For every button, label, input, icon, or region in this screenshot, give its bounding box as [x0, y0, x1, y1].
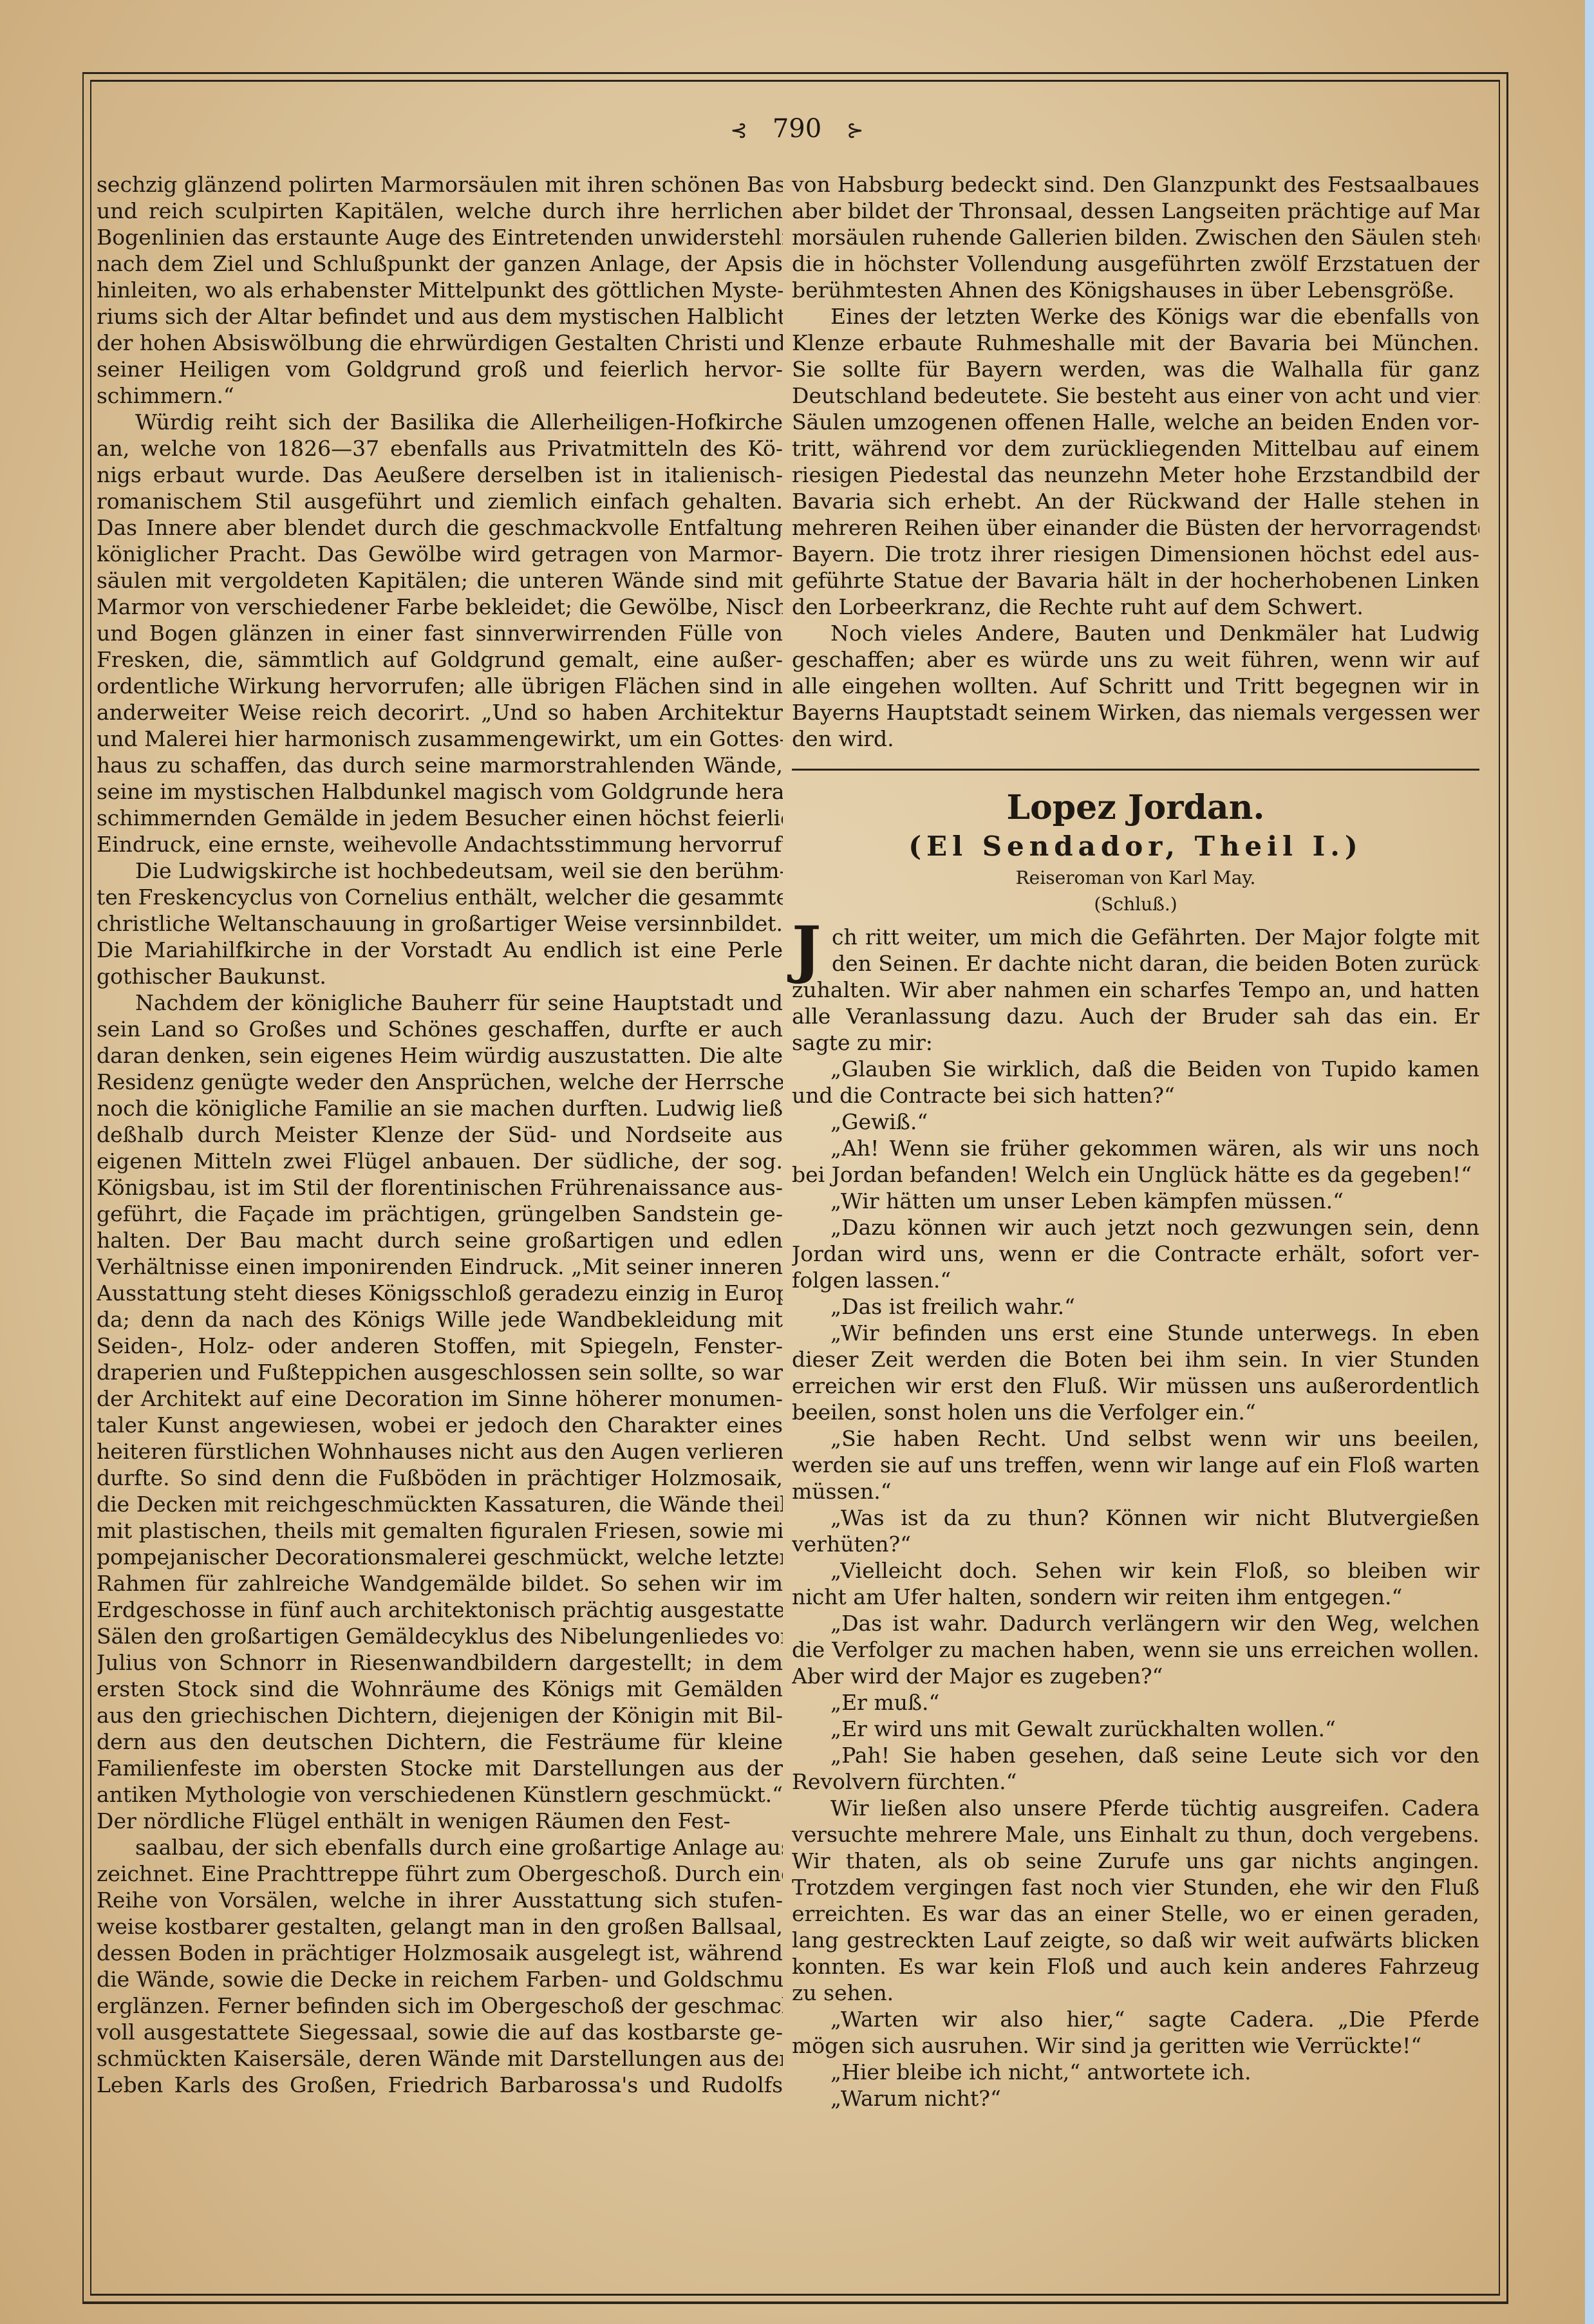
text-line: Eines der letzten Werke des Königs war d…	[792, 303, 1479, 330]
text-line: „Warum nicht?“	[792, 2085, 1479, 2112]
text-line: bei Jordan befanden! Welch ein Unglück h…	[792, 1161, 1479, 1188]
text-line: Die Ludwigskirche ist hochbedeutsam, wei…	[97, 857, 783, 884]
text-line: zeichnet. Eine Prachttreppe führt zum Ob…	[97, 1860, 783, 1887]
text-line: weise kostbarer gestalten, gelangt man i…	[97, 1913, 783, 1940]
text-line: Der nördliche Flügel enthält in wenigen …	[97, 1808, 783, 1834]
text-line: Nachdem der königliche Bauherr für seine…	[97, 989, 783, 1016]
story-title: Lopez Jordan.	[792, 787, 1479, 829]
story-continuation: (Schluß.)	[792, 892, 1479, 917]
text-line: erglänzen. Ferner befinden sich im Oberg…	[97, 1992, 783, 2019]
text-line: mehreren Reihen über einander die Büsten…	[792, 514, 1479, 541]
text-line: die Decken mit reichgeschmückten Kassatu…	[97, 1491, 783, 1517]
text-line: Bavaria sich erhebt. An der Rückwand der…	[792, 488, 1479, 514]
text-line: eigenen Mitteln zwei Flügel anbauen. Der…	[97, 1148, 783, 1174]
text-line: Bayerns Hauptstadt seinem Wirken, das ni…	[792, 699, 1479, 726]
text-line: „Das ist freilich wahr.“	[792, 1293, 1479, 1320]
text-line: dessen Boden in prächtiger Holzmosaik au…	[97, 1940, 783, 1966]
text-line: morsäulen ruhende Gallerien bilden. Zwis…	[792, 224, 1479, 250]
text-line: deßhalb durch Meister Klenze der Süd- un…	[97, 1121, 783, 1148]
text-line: taler Kunst angewiesen, wobei er jedoch …	[97, 1412, 783, 1438]
text-line: Verhältnisse einen imponirenden Eindruck…	[97, 1253, 783, 1280]
drop-cap: J	[792, 921, 821, 978]
text-line: erreichten. Es war das an einer Stelle, …	[792, 1900, 1479, 1927]
text-line: noch die königliche Familie an sie mache…	[97, 1095, 783, 1121]
text-line: „Hier bleibe ich nicht,“ antwortete ich.	[792, 2059, 1479, 2085]
text-line: Fresken, die, sämmtlich auf Goldgrund ge…	[97, 646, 783, 673]
text-line: schimmernden Gemälde in jedem Besucher e…	[97, 805, 783, 831]
text-line: Wir ließen also unsere Pferde tüchtig au…	[792, 1795, 1479, 1821]
text-line: mit plastischen, theils mit gemalten fig…	[97, 1517, 783, 1544]
text-line: Noch vieles Andere, Bauten und Denkmäler…	[792, 620, 1479, 646]
text-line: ordentliche Wirkung hervorrufen; alle üb…	[97, 673, 783, 699]
text-line: nigs erbaut wurde. Das Aeußere derselben…	[97, 462, 783, 488]
text-line: von Habsburg bedeckt sind. Den Glanzpunk…	[792, 171, 1479, 198]
text-line: Königsbau, ist im Stil der florentinisch…	[97, 1174, 783, 1201]
text-line: zuhalten. Wir aber nahmen ein scharfes T…	[792, 977, 1479, 1003]
text-line: hinleiten, wo als erhabenster Mittelpunk…	[97, 277, 783, 303]
text-line: ch ritt weiter, um mich die Gefährten. D…	[792, 924, 1479, 950]
right-column: von Habsburg bedeckt sind. Den Glanzpunk…	[792, 171, 1479, 2112]
text-line: Marmor von verschiedener Farbe bekleidet…	[97, 594, 783, 620]
text-line: Aber wird der Major es zugeben?“	[792, 1663, 1479, 1689]
text-line: zu sehen.	[792, 1980, 1479, 2006]
text-line: „Gewiß.“	[792, 1109, 1479, 1135]
text-line: aber bildet der Thronsaal, dessen Langse…	[792, 198, 1479, 224]
text-line: „Er muß.“	[792, 1689, 1479, 1716]
text-line: da; denn da nach des Königs Wille jede W…	[97, 1306, 783, 1333]
text-line: und die Contracte bei sich hatten?“	[792, 1082, 1479, 1109]
text-line: heiteren fürstlichen Wohnhauses nicht au…	[97, 1438, 783, 1465]
text-line: ersten Stock sind die Wohnräume des Köni…	[97, 1676, 783, 1702]
text-line: Würdig reiht sich der Basilika die Aller…	[97, 409, 783, 435]
text-line: romanischem Stil ausgeführt und ziemlich…	[97, 488, 783, 514]
text-line: folgen lassen.“	[792, 1267, 1479, 1293]
text-line: berühmtesten Ahnen des Königshauses in ü…	[792, 277, 1479, 303]
text-line: pompejanischer Decorationsmalerei geschm…	[97, 1544, 783, 1570]
text-line: den wird.	[792, 726, 1479, 752]
text-line: Leben Karls des Großen, Friedrich Barbar…	[97, 2072, 783, 2098]
text-line: versuchte mehrere Male, uns Einhalt zu t…	[792, 1821, 1479, 1848]
story-body: zuhalten. Wir aber nahmen ein scharfes T…	[792, 977, 1479, 2112]
text-line: die Verfolger zu machen haben, wenn sie …	[792, 1636, 1479, 1663]
text-line: dieser Zeit werden die Boten bei ihm sei…	[792, 1346, 1479, 1373]
text-line: sein Land so Großes und Schönes geschaff…	[97, 1016, 783, 1042]
text-line: sagte zu mir:	[792, 1029, 1479, 1056]
text-line: werden sie auf uns treffen, wenn wir lan…	[792, 1452, 1479, 1478]
right-column-article-end: von Habsburg bedeckt sind. Den Glanzpunk…	[792, 171, 1479, 752]
text-line: Familienfeste im obersten Stocke mit Dar…	[97, 1755, 783, 1781]
text-line: „Dazu können wir auch jetzt noch gezwung…	[792, 1214, 1479, 1241]
text-line: müssen.“	[792, 1478, 1479, 1504]
text-line: geschaffen; aber es würde uns zu weit fü…	[792, 646, 1479, 673]
text-line: königlicher Pracht. Das Gewölbe wird get…	[97, 541, 783, 567]
text-line: Sie sollte für Bayern werden, was die Wa…	[792, 356, 1479, 382]
text-line: riesigen Piedestal das neunzehn Meter ho…	[792, 462, 1479, 488]
text-line: den Lorbeerkranz, die Rechte ruht auf de…	[792, 594, 1479, 620]
text-line: haus zu schaffen, das durch seine marmor…	[97, 752, 783, 778]
text-line: Die Mariahilfkirche in der Vorstadt Au e…	[97, 937, 783, 963]
text-line: Deutschland bedeutete. Sie besteht aus e…	[792, 382, 1479, 409]
story-subtitle: (El Sendador, Theil I.)	[792, 829, 1479, 865]
text-line: „Wir befinden uns erst eine Stunde unter…	[792, 1320, 1479, 1346]
text-line: gothischer Baukunst.	[97, 963, 783, 989]
text-line: Trotzdem vergingen fast noch vier Stunde…	[792, 1874, 1479, 1900]
text-line: die Wände, sowie die Decke in reichem Fa…	[97, 1966, 783, 1992]
text-line: seine im mystischen Halbdunkel magisch v…	[97, 778, 783, 805]
text-line: antiken Mythologie von verschiedenen Kün…	[97, 1781, 783, 1808]
text-line: draperien und Fußteppichen ausgeschlosse…	[97, 1359, 783, 1385]
text-line: riums sich der Altar befindet und aus de…	[97, 303, 783, 330]
text-line: Jordan wird uns, wenn er die Contracte e…	[792, 1241, 1479, 1267]
text-line: lang gestreckten Lauf zeigte, so daß wir…	[792, 1927, 1479, 1953]
text-line: Das Innere aber blendet durch die geschm…	[97, 514, 783, 541]
text-line: voll ausgestattete Siegessaal, sowie die…	[97, 2019, 783, 2045]
text-line: beeilen, sonst holen uns die Verfolger e…	[792, 1399, 1479, 1425]
text-line: säulen mit vergoldeten Kapitälen; die un…	[97, 567, 783, 594]
page-header: ⊰ 790 ⊱	[0, 115, 1594, 144]
text-line: alle eingehen wollten. Auf Schritt und T…	[792, 673, 1479, 699]
text-line: schmückten Kaisersäle, deren Wände mit D…	[97, 2045, 783, 2072]
text-line: Bogenlinien das erstaunte Auge des Eintr…	[97, 224, 783, 250]
story-opening: J ch ritt weiter, um mich die Gefährten.…	[792, 924, 1479, 977]
text-line: saalbau, der sich ebenfalls durch eine g…	[97, 1834, 783, 1860]
text-line: „Was ist da zu thun? Können wir nicht Bl…	[792, 1504, 1479, 1531]
text-line: „Er wird uns mit Gewalt zurückhalten wol…	[792, 1716, 1479, 1742]
text-line: an, welche von 1826—37 ebenfalls aus Pri…	[97, 435, 783, 462]
text-line: Revolvern fürchten.“	[792, 1768, 1479, 1795]
text-line: Ausstattung steht dieses Königsschloß ge…	[97, 1280, 783, 1306]
text-line: Bayern. Die trotz ihrer riesigen Dimensi…	[792, 541, 1479, 567]
story-byline: Reiseroman von Karl May.	[792, 865, 1479, 892]
text-line: konnten. Es war kein Floß und auch kein …	[792, 1953, 1479, 1980]
text-line: seiner Heiligen vom Goldgrund groß und f…	[97, 356, 783, 382]
text-line: den Seinen. Er dachte nicht daran, die b…	[792, 950, 1479, 977]
text-line: der hohen Absiswölbung die ehrwürdigen G…	[97, 330, 783, 356]
text-line: „Warten wir also hier,“ sagte Cadera. „D…	[792, 2006, 1479, 2032]
text-line: Sälen den großartigen Gemäldecyklus des …	[97, 1623, 783, 1649]
text-line: und reich sculpirten Kapitälen, welche d…	[97, 198, 783, 224]
text-line: ten Freskencyclus von Cornelius enthält,…	[97, 884, 783, 910]
text-line: Residenz genügte weder den Ansprüchen, w…	[97, 1069, 783, 1095]
text-line: Julius von Schnorr in Riesenwandbildern …	[97, 1649, 783, 1676]
text-line: durfte. So sind denn die Fußböden in prä…	[97, 1465, 783, 1491]
text-line: sechzig glänzend polirten Marmorsäulen m…	[97, 171, 783, 198]
text-line: anderweiter Weise reich decorirt. „Und s…	[97, 699, 783, 726]
text-line: mögen sich ausruhen. Wir sind ja geritte…	[792, 2032, 1479, 2059]
text-line: „Ah! Wenn sie früher gekommen wären, als…	[792, 1135, 1479, 1161]
text-line: Erdgeschosse in fünf auch architektonisc…	[97, 1597, 783, 1623]
text-line: nicht am Ufer halten, sondern wir reiten…	[792, 1584, 1479, 1610]
ornament-right-icon: ⊱	[847, 118, 864, 142]
text-line: geführt, die Façade im prächtigen, grüng…	[97, 1201, 783, 1227]
text-line: geführte Statue der Bavaria hält in der …	[792, 567, 1479, 594]
text-line: christliche Weltanschauung in großartige…	[97, 910, 783, 937]
text-line: „Glauben Sie wirklich, daß die Beiden vo…	[792, 1056, 1479, 1082]
text-line: erreichen wir erst den Fluß. Wir müssen …	[792, 1373, 1479, 1399]
text-line: „Sie haben Recht. Und selbst wenn wir un…	[792, 1425, 1479, 1452]
left-column: sechzig glänzend polirten Marmorsäulen m…	[97, 171, 783, 2098]
section-divider	[792, 769, 1479, 771]
text-line: die in höchster Vollendung ausgeführten …	[792, 250, 1479, 277]
scan-edge-strip	[1585, 0, 1594, 2324]
text-line: nach dem Ziel und Schlußpunkt der ganzen…	[97, 250, 783, 277]
text-line: Eindruck, eine ernste, weihevolle Andach…	[97, 831, 783, 857]
text-line: dern aus den deutschen Dichtern, die Fes…	[97, 1729, 783, 1755]
text-line: „Das ist wahr. Dadurch verlängern wir de…	[792, 1610, 1479, 1636]
text-line: Wir thaten, als ob seine Zurufe uns gar …	[792, 1848, 1479, 1874]
text-line: verhüten?“	[792, 1531, 1479, 1557]
text-line: Rahmen für zahlreiche Wandgemälde bildet…	[97, 1570, 783, 1597]
text-line: tritt, während vor dem zurückliegenden M…	[792, 435, 1479, 462]
text-line: aus den griechischen Dichtern, diejenige…	[97, 1702, 783, 1729]
text-line: Säulen umzogenen offenen Halle, welche a…	[792, 409, 1479, 435]
text-line: daran denken, sein eigenes Heim würdig a…	[97, 1042, 783, 1069]
text-line: Seiden-, Holz- oder anderen Stoffen, mit…	[97, 1333, 783, 1359]
text-line: Reihe von Vorsälen, welche in ihrer Auss…	[97, 1887, 783, 1913]
text-line: schimmern.“	[97, 382, 783, 409]
text-line: Klenze erbaute Ruhmeshalle mit der Bavar…	[792, 330, 1479, 356]
text-line: der Architekt auf eine Decoration im Sin…	[97, 1385, 783, 1412]
page-number: 790	[773, 114, 821, 144]
text-line: und Malerei hier harmonisch zusammengewi…	[97, 726, 783, 752]
text-line: und Bogen glänzen in einer fast sinnverw…	[97, 620, 783, 646]
text-line: „Pah! Sie haben gesehen, daß seine Leute…	[792, 1742, 1479, 1768]
text-line: halten. Der Bau macht durch seine großar…	[97, 1227, 783, 1253]
text-line: „Vielleicht doch. Sehen wir kein Floß, s…	[792, 1557, 1479, 1584]
ornament-left-icon: ⊰	[730, 118, 747, 142]
text-line: alle Veranlassung dazu. Auch der Bruder …	[792, 1003, 1479, 1029]
text-line: „Wir hätten um unser Leben kämpfen müsse…	[792, 1188, 1479, 1214]
